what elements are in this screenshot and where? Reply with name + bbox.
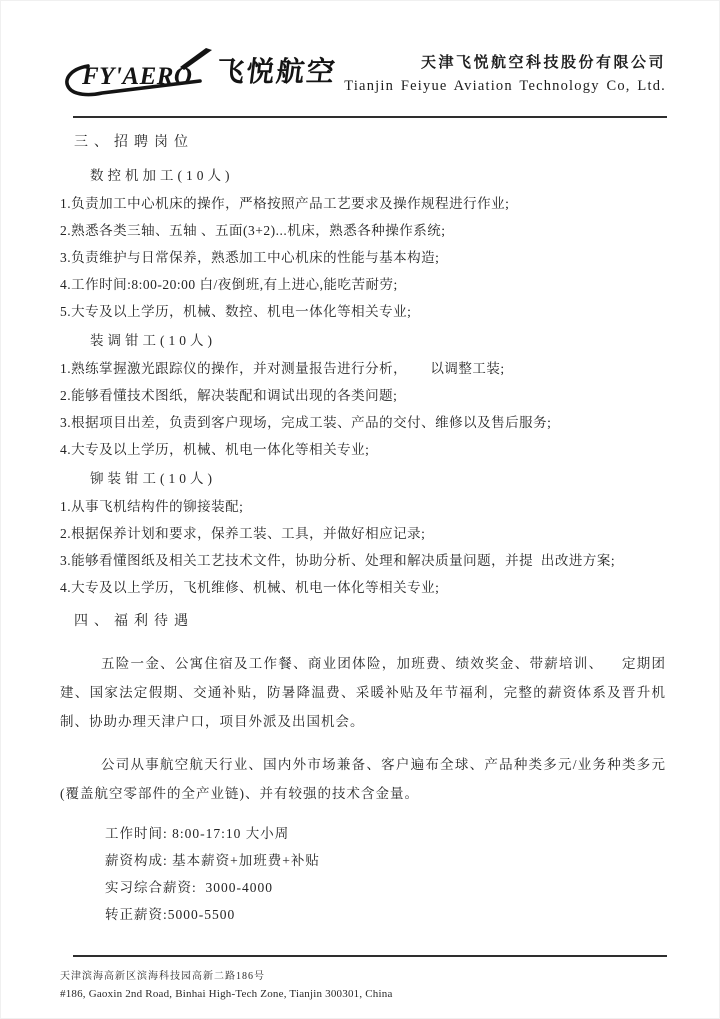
job-item: 3.能够看懂图纸及相关工艺技术文件，协助分析、处理和解决质量问题，并提 出改进方…	[60, 547, 666, 574]
logo-cjk-text: 飞悦航空	[214, 59, 338, 91]
detail-salary-structure: 薪资构成: 基本薪资+加班费+补贴	[60, 847, 666, 874]
job-item: 3.根据项目出差，负责到客户现场，完成工装、产品的交付、维修以及售后服务;	[60, 409, 666, 436]
job-block-cnc: 数控机加工(10人) 1.负责加工中心机床的操作，严格按照产品工艺要求及操作规程…	[60, 162, 666, 325]
job-block-fitter: 装调钳工(10人) 1.熟练掌握激光跟踪仪的操作，并对测量报告进行分析， 以调整…	[60, 327, 666, 463]
company-logo: FY'AERO 飞悦航空	[60, 46, 336, 104]
document-page: FY'AERO 飞悦航空 天津飞悦航空科技股份有限公司 Tianjin Feiy…	[0, 0, 720, 1019]
job-item: 4.大专及以上学历，飞机维修、机械、机电一体化等相关专业;	[60, 574, 666, 601]
job-title: 数控机加工(10人)	[60, 162, 666, 190]
footer-rule	[73, 955, 667, 957]
logo-latin-text: FY'AERO	[81, 63, 192, 90]
section-title-recruitment: 三、招聘岗位	[60, 132, 666, 154]
address-cn: 天津滨海高新区滨海科技园高新二路186号	[60, 969, 666, 984]
company-names: 天津飞悦航空科技股份有限公司 Tianjin Feiyue Aviation T…	[344, 53, 666, 97]
footer: 天津滨海高新区滨海科技园高新二路186号 #186, Gaoxin 2nd Ro…	[0, 943, 720, 1019]
job-item: 1.熟练掌握激光跟踪仪的操作，并对测量报告进行分析， 以调整工装;	[60, 355, 666, 382]
company-name-cn: 天津飞悦航空科技股份有限公司	[344, 53, 666, 73]
header: FY'AERO 飞悦航空 天津飞悦航空科技股份有限公司 Tianjin Feiy…	[0, 0, 720, 118]
job-item: 2.能够看懂技术图纸，解决装配和调试出现的各类问题;	[60, 382, 666, 409]
address-en: #186, Gaoxin 2nd Road, Binhai High-Tech …	[60, 986, 666, 1002]
job-item: 3.负责维护与日常保养，熟悉加工中心机床的性能与基本构造;	[60, 244, 666, 271]
welfare-paragraph: 五险一金、公寓住宿及工作餐、商业团体险，加班费、绩效奖金、带薪培训、 定期团建、…	[60, 649, 666, 736]
job-item: 1.负责加工中心机床的操作，严格按照产品工艺要求及操作规程进行作业;	[60, 190, 666, 217]
company-name-en: Tianjin Feiyue Aviation Technology Co, L…	[344, 75, 666, 97]
logo-swoosh-icon: FY'AERO	[60, 46, 212, 104]
detail-regular-salary: 转正薪资:5000-5500	[60, 901, 666, 928]
job-item: 1.从事飞机结构件的铆接装配;	[60, 493, 666, 520]
job-item: 4.工作时间:8:00-20:00 白/夜倒班,有上进心,能吃苦耐劳;	[60, 271, 666, 298]
job-title: 铆装钳工(10人)	[60, 465, 666, 493]
job-item: 5.大专及以上学历，机械、数控、机电一体化等相关专业;	[60, 298, 666, 325]
salary-details: 工作时间: 8:00-17:10 大小周 薪资构成: 基本薪资+加班费+补贴 实…	[60, 820, 666, 928]
job-title: 装调钳工(10人)	[60, 327, 666, 355]
document-body: 三、招聘岗位 数控机加工(10人) 1.负责加工中心机床的操作，严格按照产品工艺…	[0, 118, 720, 943]
job-item: 2.根据保养计划和要求，保养工装、工具，并做好相应记录;	[60, 520, 666, 547]
job-block-riveter: 铆装钳工(10人) 1.从事飞机结构件的铆接装配; 2.根据保养计划和要求，保养…	[60, 465, 666, 601]
section-title-welfare: 四、福利待遇	[60, 611, 666, 633]
job-item: 4.大专及以上学历，机械、机电一体化等相关专业;	[60, 436, 666, 463]
detail-intern-salary: 实习综合薪资: 3000-4000	[60, 874, 666, 901]
detail-work-hours: 工作时间: 8:00-17:10 大小周	[60, 820, 666, 847]
company-intro-paragraph: 公司从事航空航天行业、国内外市场兼备、客户遍布全球、产品种类多元/业务种类多元(…	[60, 750, 666, 808]
job-item: 2.熟悉各类三轴、五轴 、五面(3+2)...机床，熟悉各种操作系统;	[60, 217, 666, 244]
